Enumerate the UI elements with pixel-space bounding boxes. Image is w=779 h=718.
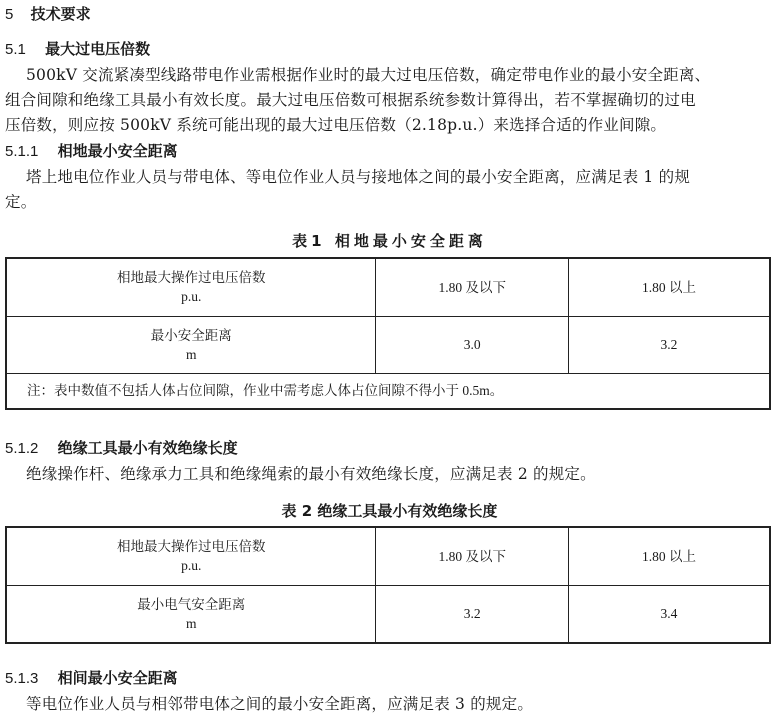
row-label-cell: 相地最大操作过电压倍数 p.u.: [6, 527, 376, 585]
table-row: 最小电气安全距离 m 3.2 3.4: [6, 585, 770, 643]
table-note-row: 注：表中数值不包括人体占位间隙，作业中需考虑人体占位间隙不得小于 0.5m。: [6, 373, 770, 409]
table-row: 相地最大操作过电压倍数 p.u. 1.80 及以下 1.80 以上: [6, 258, 770, 316]
section-title: 绝缘工具最小有效绝缘长度: [58, 439, 238, 457]
table-2: 相地最大操作过电压倍数 p.u. 1.80 及以下 1.80 以上 最小电气安全…: [5, 526, 771, 644]
paragraph-line: 绝缘操作杆、绝缘承力工具和绝缘绳索的最小有效绝缘长度，应满足表 2 的规定。: [26, 462, 596, 484]
value-cell: 1.80 以上: [568, 527, 770, 585]
section-number: 5.1.2: [5, 440, 38, 457]
row-label: 最小安全距离: [7, 326, 375, 345]
value-cell: 3.0: [376, 316, 569, 373]
row-label: 相地最大操作过电压倍数: [7, 537, 375, 556]
paragraph-line: 塔上地电位作业人员与带电体、等电位作业人员与接地体之间的最小安全距离，应满足表 …: [26, 165, 690, 187]
section-title: 技术要求: [31, 5, 91, 23]
table-row: 相地最大操作过电压倍数 p.u. 1.80 及以下 1.80 以上: [6, 527, 770, 585]
section-title: 相地最小安全距离: [58, 142, 178, 160]
row-unit: p.u.: [7, 556, 375, 575]
paragraph-line: 组合间隙和绝缘工具最小有效长度。最大过电压倍数可根据系统参数计算得出，若不掌握确…: [5, 88, 696, 110]
section-number: 5.1.3: [5, 670, 38, 687]
row-label-cell: 最小安全距离 m: [6, 316, 376, 373]
section-5-1-1-heading: 5.1.1 相地最小安全距离: [5, 140, 178, 161]
row-unit: m: [7, 345, 375, 364]
table-note: 注：表中数值不包括人体占位间隙，作业中需考虑人体占位间隙不得小于 0.5m。: [6, 373, 770, 409]
section-5-1-3-heading: 5.1.3 相间最小安全距离: [5, 667, 178, 688]
row-label: 最小电气安全距离: [7, 595, 375, 614]
section-5-1-heading: 5.1 最大过电压倍数: [5, 38, 150, 59]
row-label-cell: 最小电气安全距离 m: [6, 585, 376, 643]
table-row: 最小安全距离 m 3.0 3.2: [6, 316, 770, 373]
value-cell: 1.80 及以下: [376, 258, 569, 316]
paragraph-line: 压倍数，则应按 500kV 系统可能出现的最大过电压倍数（2.18p.u.）来选…: [5, 113, 666, 135]
value-cell: 1.80 以上: [568, 258, 770, 316]
paragraph-line: 等电位作业人员与相邻带电体之间的最小安全距离，应满足表 3 的规定。: [26, 692, 533, 714]
row-label-cell: 相地最大操作过电压倍数 p.u.: [6, 258, 376, 316]
section-number: 5: [5, 6, 13, 23]
table-2-caption: 表 2 绝缘工具最小有效绝缘长度: [0, 500, 779, 521]
section-5-heading: 5 技术要求: [5, 3, 91, 24]
value-cell: 3.4: [568, 585, 770, 643]
section-number: 5.1: [5, 41, 26, 58]
row-label: 相地最大操作过电压倍数: [7, 268, 375, 287]
row-unit: p.u.: [7, 287, 375, 306]
section-title: 相间最小安全距离: [58, 669, 178, 687]
paragraph-line: 500kV 交流紧凑型线路带电作业需根据作业时的最大过电压倍数，确定带电作业的最…: [26, 63, 710, 85]
section-number: 5.1.1: [5, 143, 38, 160]
value-cell: 3.2: [568, 316, 770, 373]
value-cell: 3.2: [376, 585, 569, 643]
paragraph-line: 定。: [5, 190, 36, 212]
table-1-caption: 表1 相地最小安全距离: [0, 230, 779, 251]
value-cell: 1.80 及以下: [376, 527, 569, 585]
row-unit: m: [7, 614, 375, 633]
table-1: 相地最大操作过电压倍数 p.u. 1.80 及以下 1.80 以上 最小安全距离…: [5, 257, 771, 410]
section-5-1-2-heading: 5.1.2 绝缘工具最小有效绝缘长度: [5, 437, 238, 458]
section-title: 最大过电压倍数: [45, 40, 150, 58]
